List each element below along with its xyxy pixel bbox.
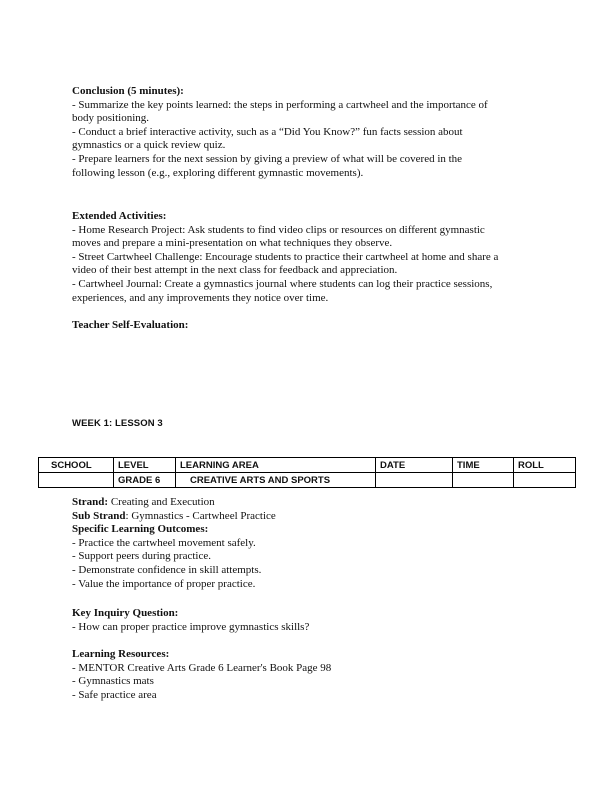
cell-date (376, 473, 453, 488)
week-lesson-title: WEEK 1: LESSON 3 (72, 418, 163, 429)
header-roll: ROLL (514, 458, 576, 473)
inquiry-item: - How can proper practice improve gymnas… (72, 621, 542, 635)
resource-item: - Safe practice area (72, 689, 542, 703)
sub-strand-value: : Gymnastics - Cartwheel Practice (126, 510, 276, 522)
inquiry-section: Key Inquiry Question: - How can proper p… (72, 607, 542, 634)
table-row: GRADE 6 CREATIVE ARTS AND SPORTS (39, 473, 576, 488)
strand-label: Strand: (72, 496, 108, 508)
outcome-item: - Demonstrate confidence in skill attemp… (72, 564, 542, 578)
conclusion-heading: Conclusion (5 minutes): (72, 85, 542, 99)
extended-activities-section: Extended Activities: - Home Research Pro… (72, 210, 542, 305)
outcome-item: - Practice the cartwheel movement safely… (72, 537, 542, 551)
table-header-row: SCHOOL LEVEL LEARNING AREA DATE TIME ROL… (39, 458, 576, 473)
conclusion-line: - Prepare learners for the next session … (72, 153, 542, 167)
header-time: TIME (453, 458, 514, 473)
extended-line: - Home Research Project: Ask students to… (72, 224, 542, 238)
resources-section: Learning Resources: - MENTOR Creative Ar… (72, 648, 542, 702)
conclusion-line: body positioning. (72, 112, 542, 126)
inquiry-heading: Key Inquiry Question: (72, 607, 542, 621)
resource-item: - Gymnastics mats (72, 675, 542, 689)
outcomes-heading: Specific Learning Outcomes: (72, 523, 542, 537)
extended-line: experiences, and any improvements they n… (72, 292, 542, 306)
extended-line: - Street Cartwheel Challenge: Encourage … (72, 251, 542, 265)
resources-heading: Learning Resources: (72, 648, 542, 662)
conclusion-line: gymnastics or a quick review quiz. (72, 139, 542, 153)
conclusion-line: - Summarize the key points learned: the … (72, 99, 542, 113)
cell-school (39, 473, 114, 488)
extended-line: - Cartwheel Journal: Create a gymnastics… (72, 278, 542, 292)
cell-time (453, 473, 514, 488)
cell-learning-area: CREATIVE ARTS AND SPORTS (176, 473, 376, 488)
sub-strand-line: Sub Strand: Gymnastics - Cartwheel Pract… (72, 510, 542, 524)
conclusion-line: - Conduct a brief interactive activity, … (72, 126, 542, 140)
conclusion-line: following lesson (e.g., exploring differ… (72, 167, 542, 181)
resource-item: - MENTOR Creative Arts Grade 6 Learner's… (72, 662, 542, 676)
strand-line: Strand: Creating and Execution (72, 496, 542, 510)
header-learning-area: LEARNING AREA (176, 458, 376, 473)
header-level: LEVEL (114, 458, 176, 473)
strand-value: Creating and Execution (108, 496, 215, 508)
header-date: DATE (376, 458, 453, 473)
extended-activities-heading: Extended Activities: (72, 210, 542, 224)
outcome-item: - Support peers during practice. (72, 550, 542, 564)
sub-strand-label: Sub Strand (72, 510, 126, 522)
extended-line: moves and prepare a mini-presentation on… (72, 237, 542, 251)
header-school: SCHOOL (39, 458, 114, 473)
strand-section: Strand: Creating and Execution Sub Stran… (72, 496, 542, 591)
extended-line: video of their best attempt in the next … (72, 264, 542, 278)
cell-roll (514, 473, 576, 488)
outcome-item: - Value the importance of proper practic… (72, 578, 542, 592)
conclusion-section: Conclusion (5 minutes): - Summarize the … (72, 85, 542, 180)
cell-level: GRADE 6 (114, 473, 176, 488)
self-evaluation-heading: Teacher Self-Evaluation: (72, 319, 542, 333)
lesson-info-table: SCHOOL LEVEL LEARNING AREA DATE TIME ROL… (38, 457, 576, 488)
